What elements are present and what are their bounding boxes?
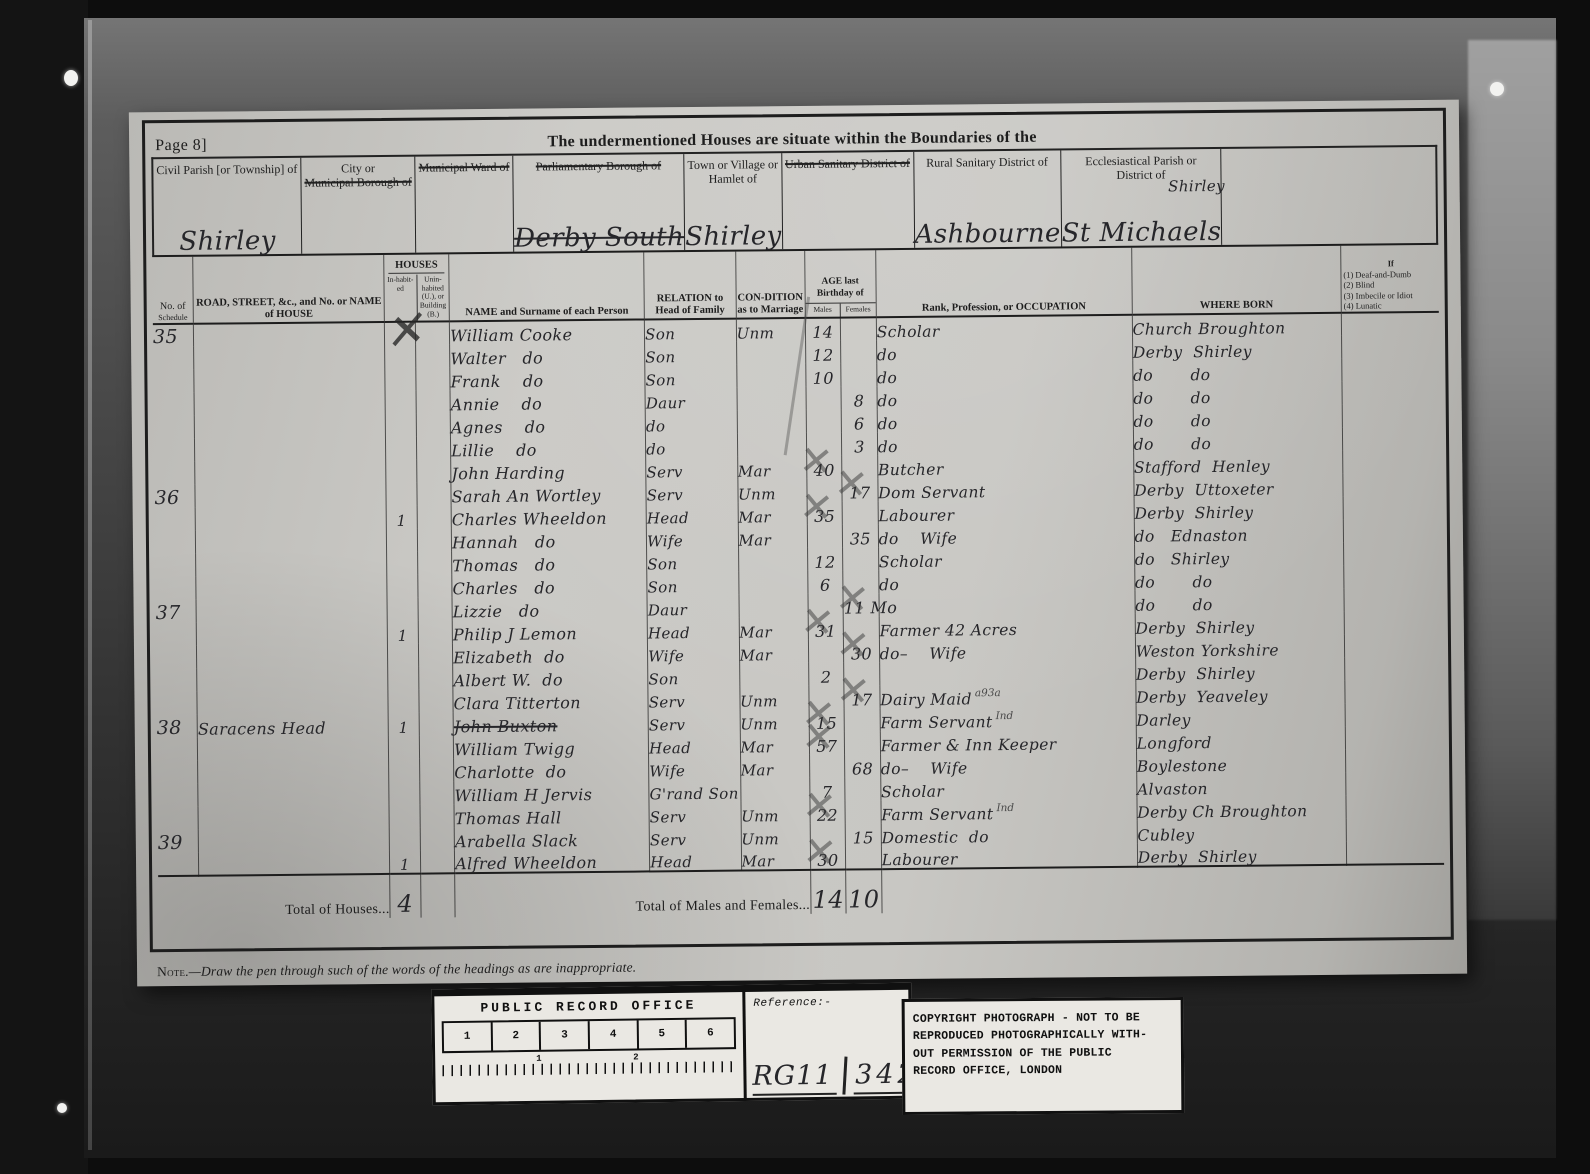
census-table: No. of Schedule ROAD, STREET, &c., and N… — [152, 245, 1444, 920]
cell-schedule-number — [157, 738, 198, 761]
occupation-pencil-note: Ind — [995, 709, 1013, 721]
cell-inhabited: 1 — [386, 506, 417, 529]
cell-relation: Son — [648, 664, 740, 688]
cell-where-born: Derby Shirley — [1132, 336, 1341, 361]
reference-divider — [843, 1057, 848, 1095]
cell-condition — [736, 341, 805, 365]
cell-uninhabited — [418, 666, 453, 689]
cell-age-female: 3 — [842, 432, 878, 455]
cell-age-male: 6 — [807, 571, 843, 594]
cell-where-born: Longford — [1136, 727, 1345, 752]
cell-uninhabited — [419, 735, 454, 758]
cell-schedule-number — [154, 416, 195, 439]
cell-relation: G'rand Son — [649, 779, 741, 803]
cell-infirmity — [1342, 404, 1440, 428]
cell-relation: Wife — [646, 526, 738, 550]
cell-infirmity — [1346, 841, 1444, 865]
cell-occupation: Farm ServantInd — [881, 798, 1137, 823]
cell-schedule-number — [154, 439, 195, 462]
cell-age-male: 35 — [807, 502, 843, 525]
cell-relation: Wife — [649, 756, 741, 780]
cell-uninhabited — [417, 574, 452, 597]
cell-age-female — [840, 317, 876, 340]
cell-occupation: Scholar — [880, 775, 1136, 800]
district-label: District of — [1113, 168, 1168, 184]
cell-person-name: Lillie do — [451, 434, 646, 459]
district-box: Parliamentary Borough of Derby South — [513, 154, 685, 252]
cell-age-male: 7 — [809, 778, 845, 801]
scale-number: 4 — [590, 1020, 639, 1049]
district-value-handwriting: Shirley — [685, 221, 782, 252]
houses-subheaders: In-habit-ed Unin-habited (U.), or Buildi… — [385, 274, 449, 321]
cell-relation: do — [645, 411, 737, 435]
cell-infirmity — [1346, 818, 1444, 842]
cell-infirmity — [1342, 358, 1440, 382]
cell-road-name — [194, 414, 385, 439]
occupation-text: Farm Servant — [881, 805, 993, 824]
cell-relation: Serv — [649, 802, 741, 826]
ruler-number: 1 — [536, 1054, 542, 1064]
district-label-top: Ecclesiastical Parish or — [1085, 153, 1196, 168]
cell-relation: Daur — [645, 388, 737, 412]
cell-inhabited — [388, 667, 419, 690]
pro-stamp: PUBLIC RECORD OFFICE 1 2 3 4 5 6 1 2 Ref… — [431, 983, 913, 1106]
cell-inhabited — [387, 575, 418, 598]
cell-inhabited — [387, 598, 418, 621]
cell-schedule-number: 38 — [157, 715, 198, 738]
cell-schedule-number — [155, 531, 196, 554]
cell-occupation: Butcher — [877, 453, 1133, 478]
cell-occupation: Dairy Maida93a — [880, 683, 1136, 708]
cell-uninhabited — [417, 505, 452, 528]
cell-uninhabited — [415, 321, 450, 344]
cell-road-name — [197, 667, 388, 692]
cell-age-female — [841, 363, 877, 386]
col-header-condition: CON-DITION as to Marriage — [735, 251, 805, 319]
district-box: City or Municipal Borough of — [301, 157, 416, 254]
occupation-text: Farmer 42 Acres — [879, 620, 1017, 639]
cell-occupation: Labourer — [881, 844, 1137, 869]
cell-occupation: Domestic do — [881, 821, 1137, 846]
cell-road-name — [196, 621, 387, 646]
cell-uninhabited — [419, 781, 454, 804]
cell-uninhabited — [416, 413, 451, 436]
cell-uninhabited — [416, 436, 451, 459]
cell-occupation: do — [876, 361, 1132, 386]
cell-infirmity — [1345, 749, 1443, 773]
cell-relation: do — [646, 434, 738, 458]
cell-infirmity — [1345, 657, 1443, 681]
cell-road-name — [198, 805, 389, 830]
occupation-text: Farmer & Inn Keeper — [881, 735, 1057, 755]
copyright-line: REPRODUCED PHOTOGRAPHICALLY WITH- — [913, 1026, 1173, 1045]
cell-infirmity — [1344, 634, 1442, 658]
district-value-handwriting: St Michaels — [1062, 217, 1222, 249]
cell-condition: Mar — [740, 755, 809, 779]
cell-relation: Serv — [648, 687, 740, 711]
cell-occupation: do — [878, 568, 1134, 593]
scale-number: 1 — [444, 1023, 493, 1052]
cell-where-born: Derby Shirley — [1134, 497, 1343, 522]
cell-where-born: do do — [1133, 382, 1342, 407]
cell-road-name: Saracens Head — [197, 713, 388, 738]
cell-person-name: Thomas do — [452, 549, 647, 574]
cell-age-female: 17 — [844, 685, 880, 708]
totals-spacer — [881, 864, 1444, 913]
cell-infirmity — [1346, 772, 1444, 796]
cell-age-female — [845, 777, 881, 800]
cell-uninhabited — [415, 344, 450, 367]
district-header-row: Civil Parish [or Township] of Shirley Ci… — [151, 145, 1438, 257]
cell-road-name — [198, 828, 389, 853]
cell-age-male — [806, 387, 842, 410]
cell-age-female: 11 Mo — [843, 593, 879, 616]
col-header-occupation: Rank, Profession, or OCCUPATION — [875, 248, 1132, 317]
district-label: Municipal Ward of — [416, 160, 513, 176]
cell-uninhabited — [420, 827, 455, 850]
occupation-text: Dairy Maid — [880, 690, 972, 709]
cell-age-male: 22 — [810, 801, 846, 824]
cell-infirmity — [1342, 427, 1440, 451]
cell-infirmity — [1343, 450, 1441, 474]
cell-inhabited — [389, 782, 420, 805]
cell-infirmity — [1343, 473, 1441, 497]
cell-relation: Head — [650, 848, 742, 872]
cell-person-name: Alfred Wheeldon — [455, 848, 650, 873]
infirmity-header-box: If (1) Deaf-and-Dumb (2) Blind (3) Imbec… — [1341, 258, 1439, 312]
cell-uninhabited — [415, 367, 450, 390]
col-header-houses: HOUSES In-habit-ed Unin-habited (U.), or… — [384, 254, 450, 322]
cell-relation: Son — [645, 342, 737, 366]
cell-where-born: do do — [1133, 428, 1342, 453]
cell-road-name — [196, 552, 387, 577]
cell-infirmity — [1343, 496, 1441, 520]
cell-infirmity — [1346, 795, 1444, 819]
cell-age-male: 31 — [808, 617, 844, 640]
uninhabited-header: Unin-habited (U.), or Building (B.) — [417, 274, 449, 320]
photo-left-strip — [0, 0, 88, 1174]
cell-age-male — [807, 525, 843, 548]
cell-person-name: Clara Titterton — [453, 687, 648, 712]
occupation-text: Labourer — [882, 850, 958, 869]
cell-occupation: do — [877, 407, 1133, 432]
footnote-label: Note. — [157, 964, 189, 979]
cell-schedule-number — [153, 370, 194, 393]
born-header-text: WHERE BORN — [1132, 277, 1341, 314]
copyright-line: OUT PERMISSION OF THE PUBLIC — [913, 1044, 1173, 1063]
cell-condition: Mar — [741, 847, 810, 871]
district-value-top-handwriting: Shirley — [1168, 177, 1225, 196]
district-box: Town or Village or Hamlet of Shirley — [684, 153, 782, 250]
cell-infirmity — [1341, 335, 1439, 359]
census-page: Page 8] The undermentioned Houses are si… — [129, 100, 1467, 987]
total-houses-label: Total of Houses... — [158, 874, 390, 920]
cell-age-male — [808, 594, 844, 617]
cell-person-name: Sarah An Wortley — [451, 480, 646, 505]
cell-person-name: Elizabeth do — [453, 641, 648, 666]
cell-inhabited — [386, 483, 417, 506]
cell-condition: Unm — [740, 709, 809, 733]
infirmity-item-4: (4) Lunatic — [1344, 300, 1439, 312]
cell-road-name — [196, 575, 387, 600]
cell-age-female — [844, 662, 880, 685]
cell-person-name: Thomas Hall — [454, 802, 649, 827]
road-header-text: ROAD, STREET, &c., and No. or NAME of HO… — [194, 286, 384, 323]
col-header-relation: RELATION to Head of Family — [644, 252, 736, 320]
cell-road-name — [197, 690, 388, 715]
cell-person-name: Albert W. do — [453, 664, 648, 689]
cell-where-born: do Ednaston — [1134, 520, 1343, 545]
cell-occupation — [879, 660, 1135, 685]
cell-infirmity — [1345, 680, 1443, 704]
footnote: Note.—Draw the pen through such of the w… — [155, 960, 636, 981]
cell-road-name — [194, 368, 385, 393]
cell-schedule-number — [154, 393, 195, 416]
pro-stamp-title: PUBLIC RECORD OFFICE — [441, 997, 735, 1016]
cell-where-born: Darley — [1136, 704, 1345, 729]
cell-infirmity — [1345, 703, 1443, 727]
cell-inhabited — [388, 690, 419, 713]
cell-relation: Son — [647, 572, 739, 596]
cell-relation: Serv — [646, 457, 738, 481]
cell-schedule-number: 37 — [156, 600, 197, 623]
cell-person-name: Lizzie do — [452, 595, 647, 620]
cell-where-born: Derby Yeaveley — [1136, 681, 1345, 706]
cell-age-male: 57 — [809, 732, 845, 755]
cell-road-name — [193, 322, 384, 347]
cell-occupation: do — [876, 338, 1132, 363]
occupation-text: Domestic do — [881, 828, 989, 847]
cell-schedule-number — [155, 554, 196, 577]
cell-occupation: Dom Servant — [878, 476, 1134, 501]
cell-person-name: Frank do — [450, 365, 645, 390]
cell-inhabited — [389, 759, 420, 782]
cell-condition: Unm — [741, 801, 810, 825]
cell-schedule-number — [157, 761, 198, 784]
relation-header-text: RELATION to Head of Family — [645, 284, 736, 318]
cell-age-male: 14 — [805, 318, 841, 341]
occupation-text: do — [877, 392, 897, 410]
cell-inhabited — [385, 345, 416, 368]
houses-header-title: HOUSES — [388, 260, 444, 274]
cell-where-born: do do — [1135, 589, 1344, 614]
cell-inhabited — [386, 437, 417, 460]
cell-road-name — [195, 437, 386, 462]
pro-stamp-tick-ruler: 1 2 — [442, 1051, 736, 1079]
cell-schedule-number — [156, 646, 197, 669]
occupation-header-text: Rank, Profession, or OCCUPATION — [876, 281, 1131, 316]
cell-inhabited — [386, 460, 417, 483]
cell-uninhabited — [418, 620, 453, 643]
cell-uninhabited — [416, 482, 451, 505]
cell-condition: Mar — [737, 456, 806, 480]
cell-schedule-number: 36 — [154, 485, 195, 508]
cell-age-male: 10 — [805, 364, 841, 387]
cell-person-name: William Cooke — [449, 319, 644, 344]
cell-person-name: Hannah do — [451, 526, 646, 551]
cell-occupation: Scholar — [878, 545, 1134, 570]
cell-relation: Daur — [647, 595, 739, 619]
cell-inhabited — [386, 529, 417, 552]
name-header-text: NAME and Surname of each Person — [450, 294, 644, 320]
column-header-row: No. of Schedule ROAD, STREET, &c., and N… — [152, 245, 1439, 324]
district-label: Rural Sanitary District of — [923, 155, 1051, 171]
cell-age-female — [846, 846, 882, 869]
cell-relation: Serv — [646, 480, 738, 504]
punch-hole — [1490, 82, 1504, 96]
cell-schedule-number — [156, 669, 197, 692]
district-value-handwriting: Shirley — [179, 226, 276, 257]
cell-road-name — [195, 529, 386, 554]
cell-condition — [737, 410, 806, 434]
district-label: Civil Parish [or Township] of — [153, 162, 300, 178]
cell-road-name — [198, 759, 389, 784]
scale-number: 2 — [492, 1022, 541, 1051]
cell-road-name — [194, 391, 385, 416]
cell-infirmity — [1345, 726, 1443, 750]
photo-edge-line — [88, 20, 92, 1150]
copyright-line: RECORD OFFICE, LONDON — [913, 1061, 1173, 1080]
cell-inhabited — [388, 736, 419, 759]
cell-occupation: do– Wife — [880, 752, 1136, 777]
cell-uninhabited — [416, 459, 451, 482]
cell-age-male — [809, 755, 845, 778]
cell-age-female: 6 — [841, 409, 877, 432]
cell-occupation: do Wife — [878, 522, 1134, 547]
cell-age-male: 2 — [808, 663, 844, 686]
cell-inhabited — [389, 828, 420, 851]
reference-label: Reference:- — [753, 996, 900, 1010]
schedule-header-line1: No. of — [153, 301, 193, 313]
cell-where-born: Church Broughton — [1132, 313, 1341, 338]
cell-uninhabited — [418, 597, 453, 620]
scale-number: 3 — [541, 1021, 590, 1050]
cell-schedule-number: 39 — [158, 830, 199, 853]
occupation-text: do — [878, 438, 898, 456]
cell-age-female — [842, 501, 878, 524]
cell-occupation — [879, 591, 1135, 616]
cell-schedule-number — [158, 853, 199, 876]
occupation-text: Butcher — [878, 460, 944, 479]
cell-condition — [739, 594, 808, 618]
ruler-number: 2 — [633, 1052, 639, 1062]
cell-schedule-number — [153, 347, 194, 370]
cell-uninhabited — [417, 528, 452, 551]
cell-schedule-number — [156, 692, 197, 715]
cell-age-female: 17 — [842, 478, 878, 501]
totals-spacer — [420, 873, 455, 917]
cell-condition — [738, 548, 807, 572]
cell-person-name: Agnes do — [450, 411, 645, 436]
cell-relation: Son — [647, 549, 739, 573]
cell-age-female — [843, 570, 879, 593]
punch-hole — [64, 70, 78, 86]
district-label-top: City or — [341, 161, 375, 176]
cell-condition: Mar — [739, 617, 808, 641]
col-header-name: NAME and Surname of each Person — [449, 252, 645, 321]
col-header-road: ROAD, STREET, &c., and No. or NAME of HO… — [193, 255, 385, 324]
cell-person-name: Arabella Slack — [454, 825, 649, 850]
cell-uninhabited — [420, 804, 455, 827]
cell-schedule-number — [157, 784, 198, 807]
cell-condition: Unm — [741, 824, 810, 848]
cell-inhabited: 1 — [388, 713, 419, 736]
occupation-text: do — [877, 346, 897, 364]
cell-age-male — [806, 433, 842, 456]
cell-inhabited — [385, 368, 416, 391]
district-label: Municipal Borough of — [301, 175, 414, 191]
census-form: Page 8] The undermentioned Houses are si… — [142, 108, 1454, 952]
cell-road-name — [198, 782, 389, 807]
cell-age-male — [810, 824, 846, 847]
col-header-schedule: No. of Schedule — [152, 257, 193, 324]
cell-road-name — [195, 506, 386, 531]
cell-age-male — [806, 410, 842, 433]
district-value-handwriting: Derby South — [514, 222, 684, 254]
cell-age-female: 68 — [845, 754, 881, 777]
occupation-text: do — [877, 415, 897, 433]
cell-where-born: Boylestone — [1136, 750, 1345, 775]
cell-road-name — [194, 345, 385, 370]
district-label: Parliamentary Borough of — [533, 158, 664, 174]
cell-inhabited: 1 — [387, 621, 418, 644]
col-header-born: WHERE BORN — [1131, 246, 1341, 315]
cell-condition — [738, 571, 807, 595]
occupation-text: Dom Servant — [878, 483, 985, 502]
cell-inhabited — [384, 322, 415, 345]
cell-person-name: Philip J Lemon — [452, 618, 647, 643]
district-box: Municipal Ward of — [416, 156, 515, 253]
cell-inhabited — [387, 552, 418, 575]
cell-age-female — [843, 547, 879, 570]
cell-occupation: Labourer — [878, 499, 1134, 524]
cell-age-male: 15 — [809, 709, 845, 732]
cell-age-female: 35 — [842, 524, 878, 547]
cell-where-born: do do — [1132, 359, 1341, 384]
cell-occupation: Farm ServantInd — [880, 706, 1136, 731]
cell-relation: Head — [647, 618, 739, 642]
cell-person-name: Annie do — [450, 388, 645, 413]
cell-where-born: Alvaston — [1136, 773, 1345, 798]
cell-person-name: John Harding — [451, 457, 646, 482]
inhabited-header: In-habit-ed — [385, 275, 418, 321]
cell-inhabited — [385, 414, 416, 437]
cell-relation: Head — [646, 503, 738, 527]
cell-infirmity — [1344, 611, 1442, 635]
cell-uninhabited — [418, 689, 453, 712]
cell-uninhabited — [417, 551, 452, 574]
cell-occupation: Farmer & Inn Keeper — [880, 729, 1136, 754]
col-header-age: AGE last Birthday of Males Females — [804, 250, 876, 318]
cell-schedule-number — [158, 807, 199, 830]
age-subheaders: Males Females — [805, 302, 875, 317]
cell-condition: Unm — [737, 479, 806, 503]
cell-condition: Unm — [739, 686, 808, 710]
page-number-label: Page 8] — [151, 137, 207, 156]
cell-condition — [737, 433, 806, 457]
cell-uninhabited — [418, 643, 453, 666]
copyright-stamp: COPYRIGHT PHOTOGRAPH - NOT TO BE REPRODU… — [902, 997, 1185, 1115]
cell-where-born: Derby Shirley — [1137, 842, 1346, 867]
cell-age-male: 12 — [805, 341, 841, 364]
cell-schedule-number — [155, 508, 196, 531]
occupation-pencil-note: a93a — [975, 687, 1001, 699]
reference-series: RG11 — [752, 1060, 837, 1096]
cell-where-born: Cubley — [1137, 819, 1346, 844]
pro-stamp-ruler-section: PUBLIC RECORD OFFICE 1 2 3 4 5 6 1 2 — [434, 992, 746, 1102]
cell-condition: Mar — [738, 525, 807, 549]
cell-person-name: William Twigg — [453, 733, 648, 758]
